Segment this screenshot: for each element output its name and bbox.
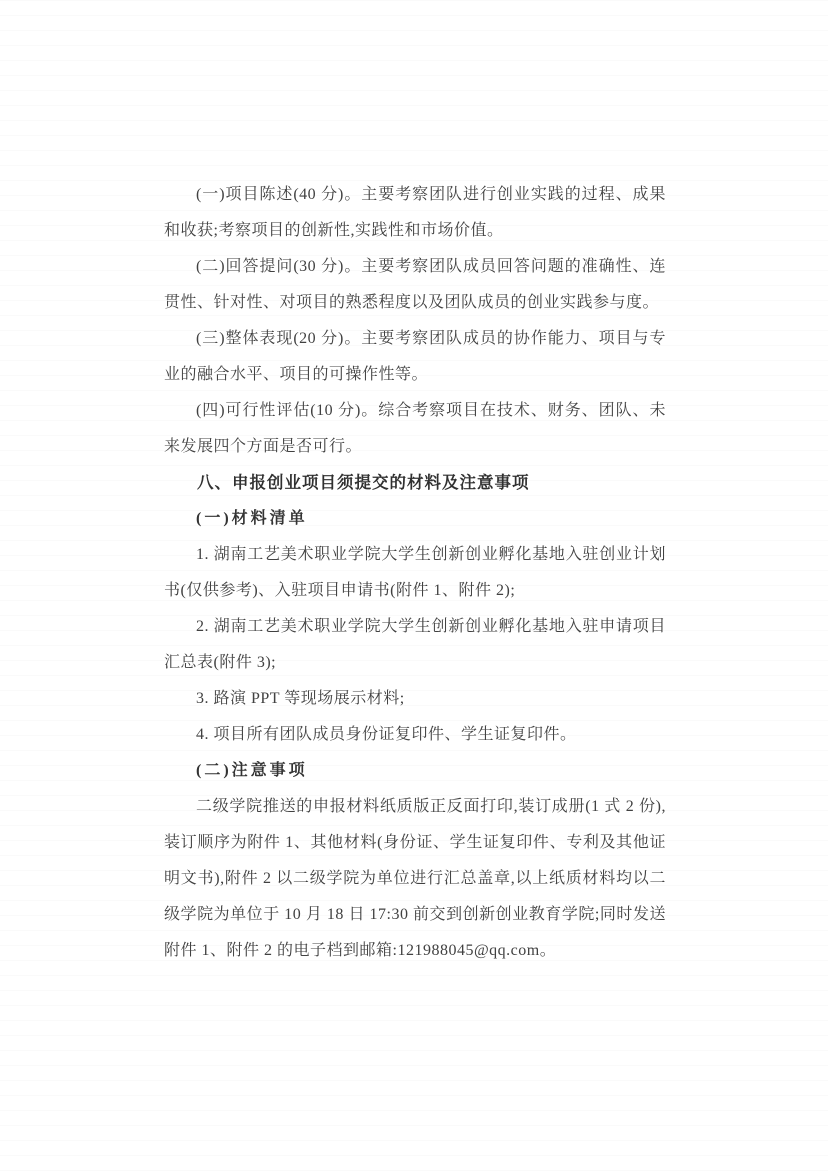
subsection-heading-notes: (二)注意事项 xyxy=(164,753,666,789)
paragraph-feasibility-assessment: (四)可行性评估(10 分)。综合考察项目在技术、财务、团队、未来发展四个方面是… xyxy=(164,393,666,465)
list-item-id-copies: 4. 项目所有团队成员身份证复印件、学生证复印件。 xyxy=(164,717,666,753)
document-content: (一)项目陈述(40 分)。主要考察团队进行创业实践的过程、成果和收获;考察项目… xyxy=(164,177,666,969)
paragraph-submission-notes: 二级学院推送的申报材料纸质版正反面打印,装订成册(1 式 2 份),装订顺序为附… xyxy=(164,789,666,969)
list-item-roadshow-ppt: 3. 路演 PPT 等现场展示材料; xyxy=(164,681,666,717)
document-page: (一)项目陈述(40 分)。主要考察团队进行创业实践的过程、成果和收获;考察项目… xyxy=(0,0,828,1171)
paragraph-project-statement: (一)项目陈述(40 分)。主要考察团队进行创业实践的过程、成果和收获;考察项目… xyxy=(164,177,666,249)
paragraph-overall-performance: (三)整体表现(20 分)。主要考察团队成员的协作能力、项目与专业的融合水平、项… xyxy=(164,321,666,393)
subsection-heading-material-list: (一)材料清单 xyxy=(164,501,666,537)
list-item-business-plan: 1. 湖南工艺美术职业学院大学生创新创业孵化基地入驻创业计划书(仅供参考)、入驻… xyxy=(164,537,666,609)
paragraph-question-answering: (二)回答提问(30 分)。主要考察团队成员回答问题的准确性、连贯性、针对性、对… xyxy=(164,249,666,321)
list-item-summary-table: 2. 湖南工艺美术职业学院大学生创新创业孵化基地入驻申请项目汇总表(附件 3); xyxy=(164,609,666,681)
section-heading-materials-and-notes: 八、申报创业项目须提交的材料及注意事项 xyxy=(164,465,666,501)
